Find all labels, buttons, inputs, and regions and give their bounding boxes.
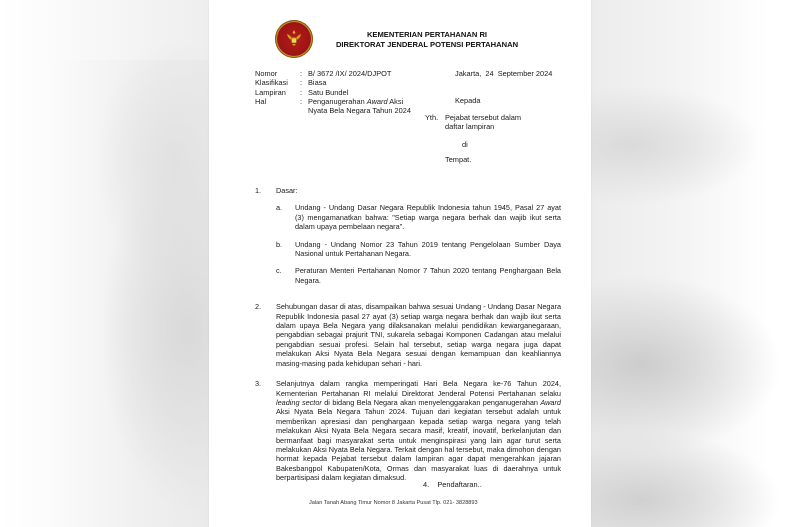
point-number: 2. <box>255 302 276 368</box>
subject-text-line2: Nyata Bela Negara Tahun 2024 <box>308 106 411 115</box>
point-number: 1. <box>255 186 276 291</box>
meta-value: B/ 3672 /IX/ 2024/DJPOT <box>308 69 465 78</box>
letter-metadata: Nomor : B/ 3672 /IX/ 2024/DJPOT Klasifik… <box>255 69 465 115</box>
point-body: Dasar: a. Undang - Undang Dasar Negara R… <box>276 186 561 291</box>
letter-body: 1. Dasar: a. Undang - Undang Dasar Negar… <box>255 186 561 494</box>
ministry-name: KEMENTERIAN PERTAHANAN RI <box>307 30 547 40</box>
sub-letter: a. <box>276 203 295 231</box>
meta-label: Hal <box>255 97 300 116</box>
letter-date: Jakarta, 24 September 2024 <box>455 69 552 78</box>
meta-value: Satu Bundel <box>308 88 465 97</box>
point-1: 1. Dasar: a. Undang - Undang Dasar Negar… <box>255 186 561 291</box>
letter-page: KEMENTERIAN PERTAHANAN RI DIREKTORAT JEN… <box>209 0 591 527</box>
meta-colon: : <box>300 69 308 78</box>
meta-colon: : <box>300 88 308 97</box>
directorate-name: DIREKTORAT JENDERAL POTENSI PERTAHANAN <box>307 40 547 50</box>
text-emphasis: leading sector <box>276 398 322 407</box>
addressee: Pejabat tersebut dalam daftar lampiran <box>445 113 555 132</box>
point-3: 3. Selanjutnya dalam rangka memperingati… <box>255 379 561 482</box>
meta-label: Klasifikasi <box>255 78 300 87</box>
sub-text: Undang - Undang Dasar Negara Republik In… <box>295 203 561 231</box>
eagle-icon <box>286 29 302 47</box>
yth-label: Yth. <box>425 113 438 122</box>
meta-value-subject: Penganugerahan Award Aksi Nyata Bela Neg… <box>308 97 465 116</box>
sub-point-c: c. Peraturan Menteri Pertahanan Nomor 7 … <box>276 266 561 285</box>
subject-text: Aksi <box>388 97 404 106</box>
subject-emphasis: Award <box>367 97 388 106</box>
sub-text: Peraturan Menteri Pertahanan Nomor 7 Tah… <box>295 266 561 285</box>
text-run: di bidang Bela Negara akan menyelenggara… <box>322 398 541 407</box>
addressee-line: Pejabat tersebut dalam <box>445 113 521 122</box>
meta-row-nomor: Nomor : B/ 3672 /IX/ 2024/DJPOT <box>255 69 465 78</box>
text-run: Selanjutnya dalam rangka memperingati Ha… <box>276 379 561 397</box>
point-title: Dasar: <box>276 186 561 195</box>
letter-footer-address: Jalan Tanah Abang Timur Nomor 8 Jakarta … <box>309 500 478 506</box>
next-page-marker: 4. Pendaftaran.. <box>423 480 482 489</box>
sub-letter: b. <box>276 240 295 259</box>
text-emphasis: Award <box>540 398 561 407</box>
sub-point-a: a. Undang - Undang Dasar Negara Republik… <box>276 203 561 231</box>
meta-label: Lampiran <box>255 88 300 97</box>
addressee-line: daftar lampiran <box>445 122 494 131</box>
text-run: Aksi Nyata Bela Negara Tahun 2024. Tujua… <box>276 407 561 482</box>
meta-label: Nomor <box>255 69 300 78</box>
tempat-label: Tempat. <box>445 155 471 164</box>
point-text: Sehubungan dasar di atas, disampaikan ba… <box>276 302 561 368</box>
kepada-label: Kepada <box>455 96 480 105</box>
di-label: di <box>462 140 468 149</box>
blurred-background-right <box>591 0 800 527</box>
letterhead: KEMENTERIAN PERTAHANAN RI DIREKTORAT JEN… <box>275 20 515 60</box>
point-text: Selanjutnya dalam rangka memperingati Ha… <box>276 379 561 482</box>
sub-point-b: b. Undang - Undang Nomor 23 Tahun 2019 t… <box>276 240 561 259</box>
meta-row-klasifikasi: Klasifikasi : Biasa <box>255 78 465 87</box>
meta-colon: : <box>300 97 308 116</box>
sub-text: Undang - Undang Nomor 23 Tahun 2019 tent… <box>295 240 561 259</box>
blurred-background-left <box>0 0 209 527</box>
meta-value: Biasa <box>308 78 465 87</box>
meta-colon: : <box>300 78 308 87</box>
sub-letter: c. <box>276 266 295 285</box>
point-number: 3. <box>255 379 276 482</box>
point-2: 2. Sehubungan dasar di atas, disampaikan… <box>255 302 561 368</box>
meta-row-lampiran: Lampiran : Satu Bundel <box>255 88 465 97</box>
letterhead-title: KEMENTERIAN PERTAHANAN RI DIREKTORAT JEN… <box>307 30 547 50</box>
subject-text: Penganugerahan <box>308 97 367 106</box>
